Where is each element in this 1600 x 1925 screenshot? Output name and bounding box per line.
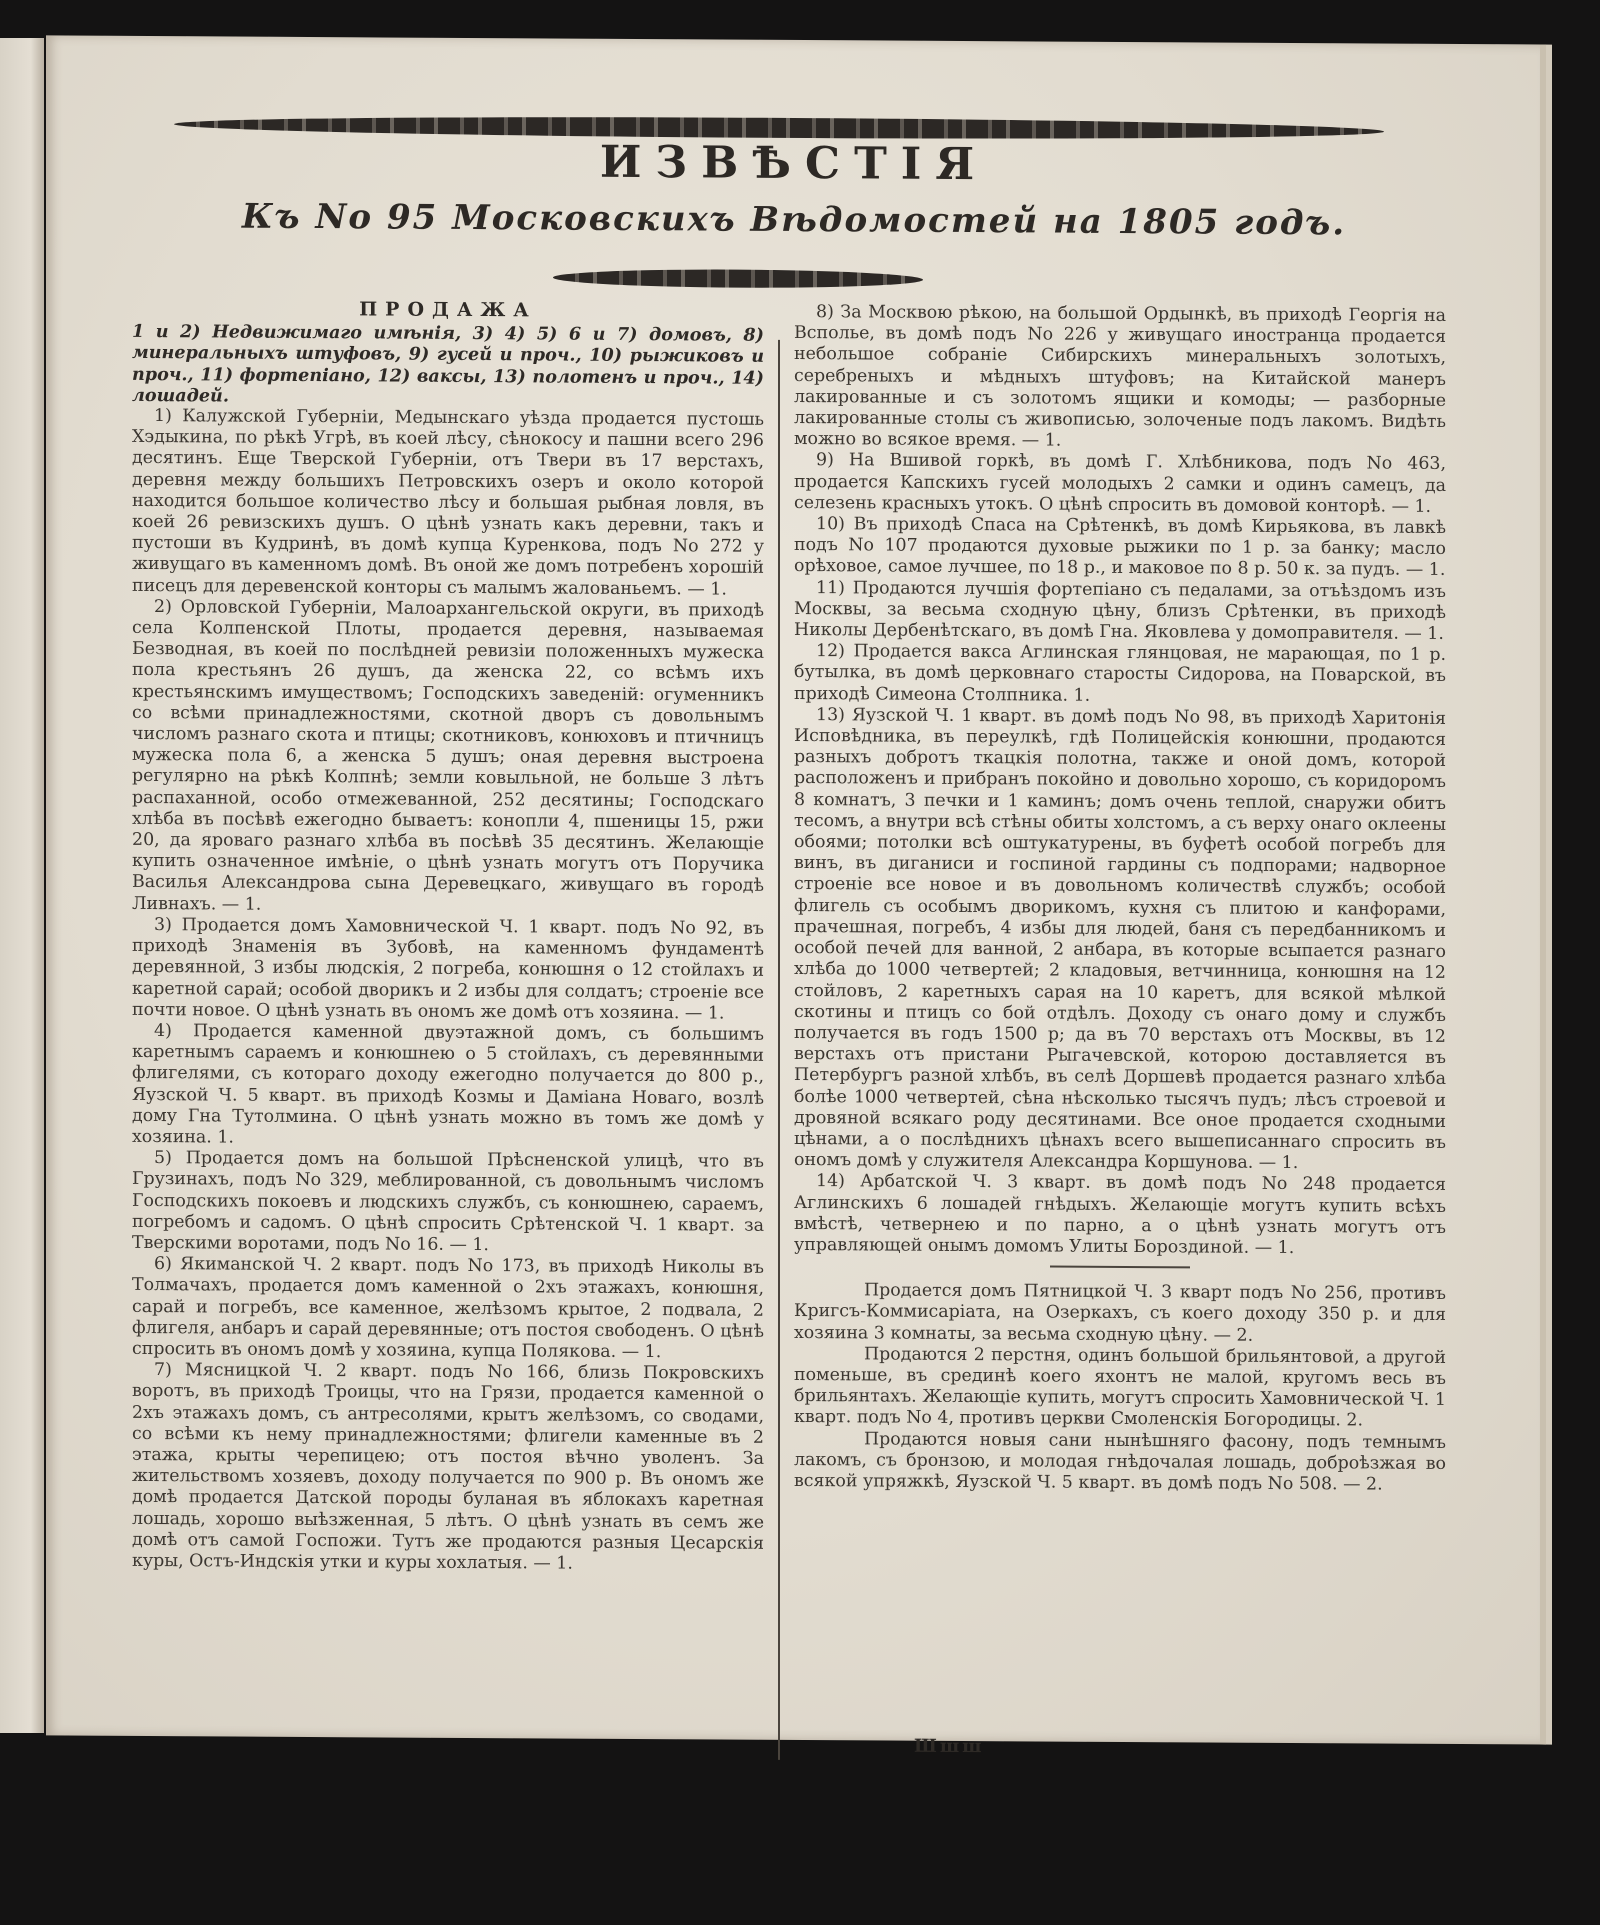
left-column: ПРОДАЖА 1 и 2) Недвижимаго имѣнія, 3) 4)… (132, 298, 764, 1576)
ad-paragraph: 13) Яузской Ч. 1 кварт. въ домѣ подъ No … (794, 705, 1446, 1175)
ad-paragraph: Продаются новыя сани нынѣшняго фасону, п… (794, 1429, 1446, 1497)
ad-paragraph: 4) Продается каменной двуэтажной домъ, с… (132, 1021, 764, 1152)
newspaper-page: ИЗВѢСТІЯ Къ No 95 Московскихъ Вѣдомостей… (46, 35, 1552, 1744)
section-heading: ПРОДАЖА (132, 298, 764, 323)
ad-paragraph: 10) Въ приходѣ Спаса на Срѣтенкѣ, въ дом… (794, 514, 1446, 582)
facing-page-edge (0, 38, 44, 1733)
ad-paragraph: 14) Арбатской Ч. 3 кварт. въ домѣ подъ N… (794, 1171, 1446, 1260)
ad-paragraph: Продаются 2 перстня, одинъ большой бриль… (794, 1344, 1446, 1433)
ad-paragraph: 3) Продается домъ Хамовнической Ч. 1 ква… (132, 915, 764, 1025)
ad-paragraph: 1) Калужской Губерніи, Медынскаго уѣзда … (132, 406, 764, 601)
masthead-title: ИЗВѢСТІЯ (46, 133, 1542, 193)
ad-paragraph: 5) Продается домъ на большой Прѣсненской… (132, 1148, 764, 1258)
ad-paragraph: 9) На Вшивой горкѣ, въ домѣ Г. Хлѣбников… (794, 450, 1446, 518)
ad-paragraph: 12) Продается вакса Аглинская глянцовая,… (794, 641, 1446, 709)
right-column: 8) За Москвою рѣкою, на большой Ордынкѣ,… (794, 302, 1446, 1496)
column-divider (778, 340, 780, 1760)
ornament-mid-divider (553, 268, 923, 288)
ad-paragraph: 11) Продаются лучшія фортепіано съ педал… (794, 578, 1446, 646)
short-rule (1050, 1266, 1190, 1269)
ad-paragraph: 8) За Москвою рѣкою, на большой Ордынкѣ,… (794, 302, 1446, 454)
section-index: 1 и 2) Недвижимаго имѣнія, 3) 4) 5) 6 и … (132, 321, 764, 410)
page-edge (1540, 45, 1546, 1745)
masthead-subtitle: Къ No 95 Московскихъ Вѣдомостей на 1805 … (46, 195, 1542, 244)
signature-mark: Шшш (914, 1736, 985, 1757)
ad-paragraph: 7) Мясницкой Ч. 2 кварт. подъ No 166, бл… (132, 1360, 764, 1576)
ad-paragraph: Продается домъ Пятницкой Ч. 3 кварт подъ… (794, 1280, 1446, 1348)
ad-paragraph: 6) Якиманской Ч. 2 кварт. подъ No 173, в… (132, 1254, 764, 1364)
ad-paragraph: 2) Орловской Губерніи, Малоархангельской… (132, 597, 764, 919)
